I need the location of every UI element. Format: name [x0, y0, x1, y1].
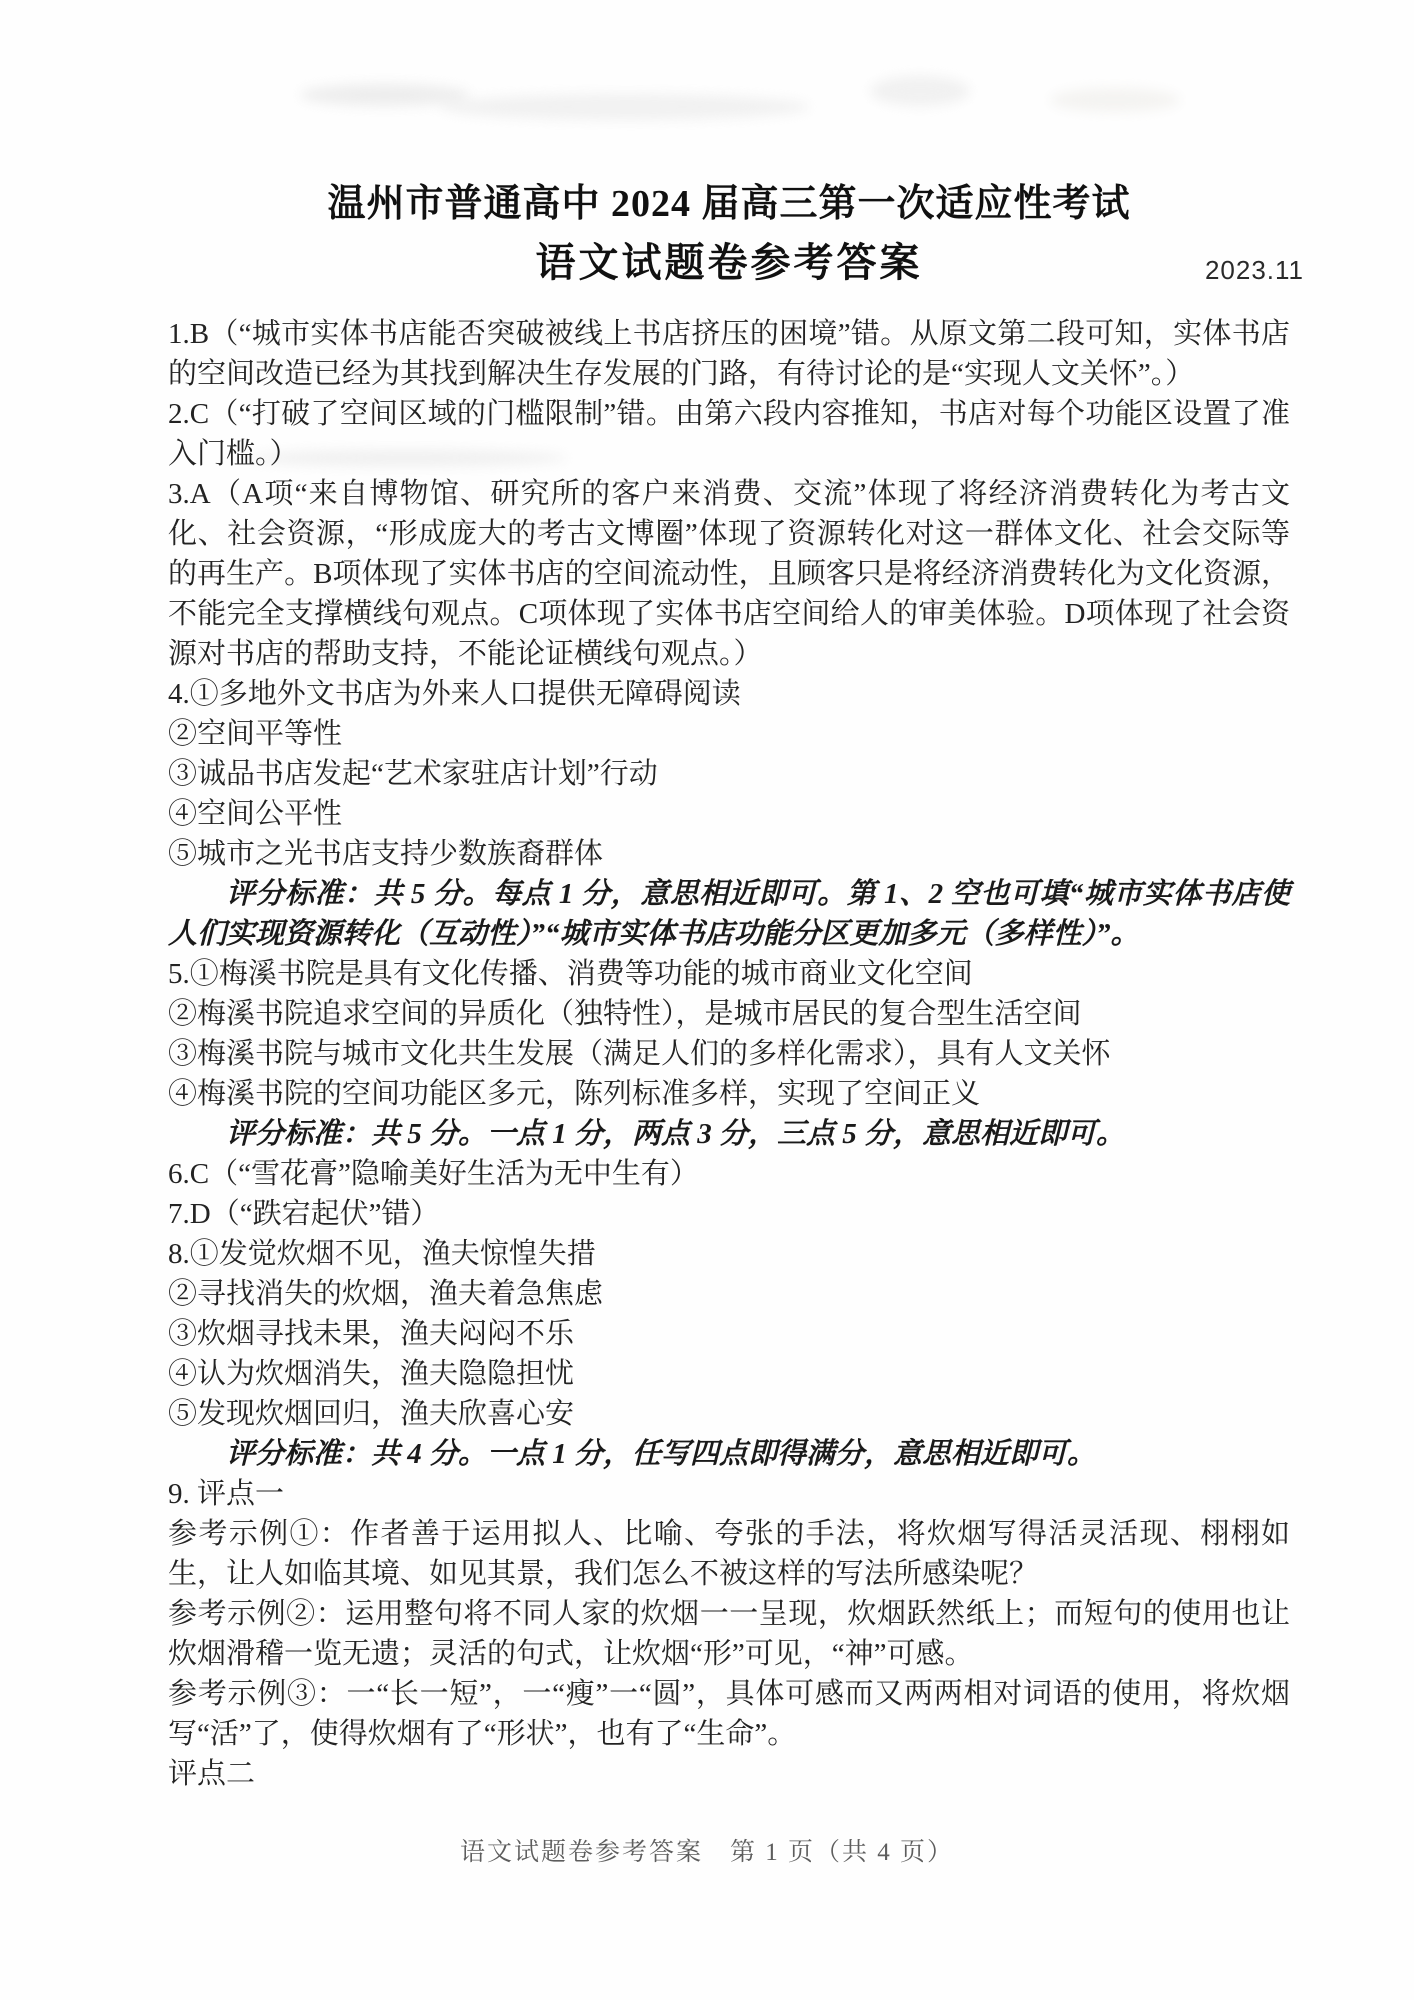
answer-paragraph: ④空间公平性 — [168, 794, 1290, 834]
answer-paragraph: ③炊烟寻找未果，渔夫闷闷不乐 — [168, 1314, 1290, 1354]
scan-artifact — [1050, 88, 1180, 112]
scan-artifact — [870, 76, 970, 106]
answer-paragraph: 参考示例③：一“长一短”，一“瘦”一“圆”，具体可感而又两两相对词语的使用，将炊… — [168, 1674, 1290, 1754]
exam-title: 温州市普通高中 2024 届高三第一次适应性考试 — [168, 182, 1290, 226]
answer-paragraph: 评点二 — [168, 1754, 1290, 1794]
answer-paragraph: ②梅溪书院追求空间的异质化（独特性），是城市居民的复合型生活空间 — [168, 994, 1290, 1034]
answer-paragraph: 3.A（A项“来自博物馆、研究所的客户来消费、交流”体现了将经济消费转化为考古文… — [168, 474, 1290, 674]
answer-paragraph: ③诚品书店发起“艺术家驻店计划”行动 — [168, 754, 1290, 794]
exam-date: 2023.11 — [1205, 255, 1304, 286]
answer-paragraph: ④认为炊烟消失，渔夫隐隐担忧 — [168, 1354, 1290, 1394]
scoring-criteria-paragraph: 评分标准：共 5 分。一点 1 分，两点 3 分，三点 5 分，意思相近即可。 — [168, 1114, 1290, 1154]
answer-paragraph: 1.B（“城市实体书店能否突破被线上书店挤压的困境”错。从原文第二段可知，实体书… — [168, 314, 1290, 394]
answer-paragraph: 5.①梅溪书院是具有文化传播、消费等功能的城市商业文化空间 — [168, 954, 1290, 994]
scan-artifact — [440, 94, 810, 120]
answer-paragraph: ④梅溪书院的空间功能区多元，陈列标准多样，实现了空间正义 — [168, 1074, 1290, 1114]
answer-paragraph: 4.①多地外文书店为外来人口提供无障碍阅读 — [168, 674, 1290, 714]
answer-paragraph: 7.D（“跌宕起伏”错） — [168, 1194, 1290, 1234]
page-content: 温州市普通高中 2024 届高三第一次适应性考试 语文试题卷参考答案 2023.… — [168, 182, 1290, 1794]
answer-paragraph: 8.①发觉炊烟不见，渔夫惊惶失措 — [168, 1234, 1290, 1274]
answer-key-subtitle: 语文试题卷参考答案 — [168, 238, 1290, 288]
answer-paragraph: 2.C（“打破了空间区域的门槛限制”错。由第六段内容推知，书店对每个功能区设置了… — [168, 394, 1290, 474]
subtitle-row: 语文试题卷参考答案 2023.11 — [168, 238, 1290, 288]
answer-paragraph: 参考示例②：运用整句将不同人家的炊烟一一呈现，炊烟跃然纸上；而短句的使用也让炊烟… — [168, 1594, 1290, 1674]
scan-artifact — [300, 84, 470, 106]
answer-paragraph: ⑤发现炊烟回归，渔夫欣喜心安 — [168, 1394, 1290, 1434]
scoring-criteria-paragraph: 评分标准：共 5 分。每点 1 分，意思相近即可。第 1、2 空也可填“城市实体… — [168, 874, 1290, 954]
answer-paragraph: ⑤城市之光书店支持少数族裔群体 — [168, 834, 1290, 874]
answer-paragraph: 6.C（“雪花膏”隐喻美好生活为无中生有） — [168, 1154, 1290, 1194]
scoring-criteria-paragraph: 评分标准：共 4 分。一点 1 分，任写四点即得满分，意思相近即可。 — [168, 1434, 1290, 1474]
answer-paragraph: ③梅溪书院与城市文化共生发展（满足人们的多样化需求），具有人文关怀 — [168, 1034, 1290, 1074]
exam-answer-page: 温州市普通高中 2024 届高三第一次适应性考试 语文试题卷参考答案 2023.… — [0, 0, 1414, 2000]
answer-paragraph: 参考示例①：作者善于运用拟人、比喻、夸张的手法，将炊烟写得活灵活现、栩栩如生，让… — [168, 1514, 1290, 1594]
page-footer: 语文试题卷参考答案 第 1 页（共 4 页） — [0, 1832, 1414, 1868]
answer-list: 1.B（“城市实体书店能否突破被线上书店挤压的困境”错。从原文第二段可知，实体书… — [168, 314, 1290, 1794]
answer-paragraph: ②寻找消失的炊烟，渔夫着急焦虑 — [168, 1274, 1290, 1314]
answer-paragraph: ②空间平等性 — [168, 714, 1290, 754]
answer-paragraph: 9. 评点一 — [168, 1474, 1290, 1514]
